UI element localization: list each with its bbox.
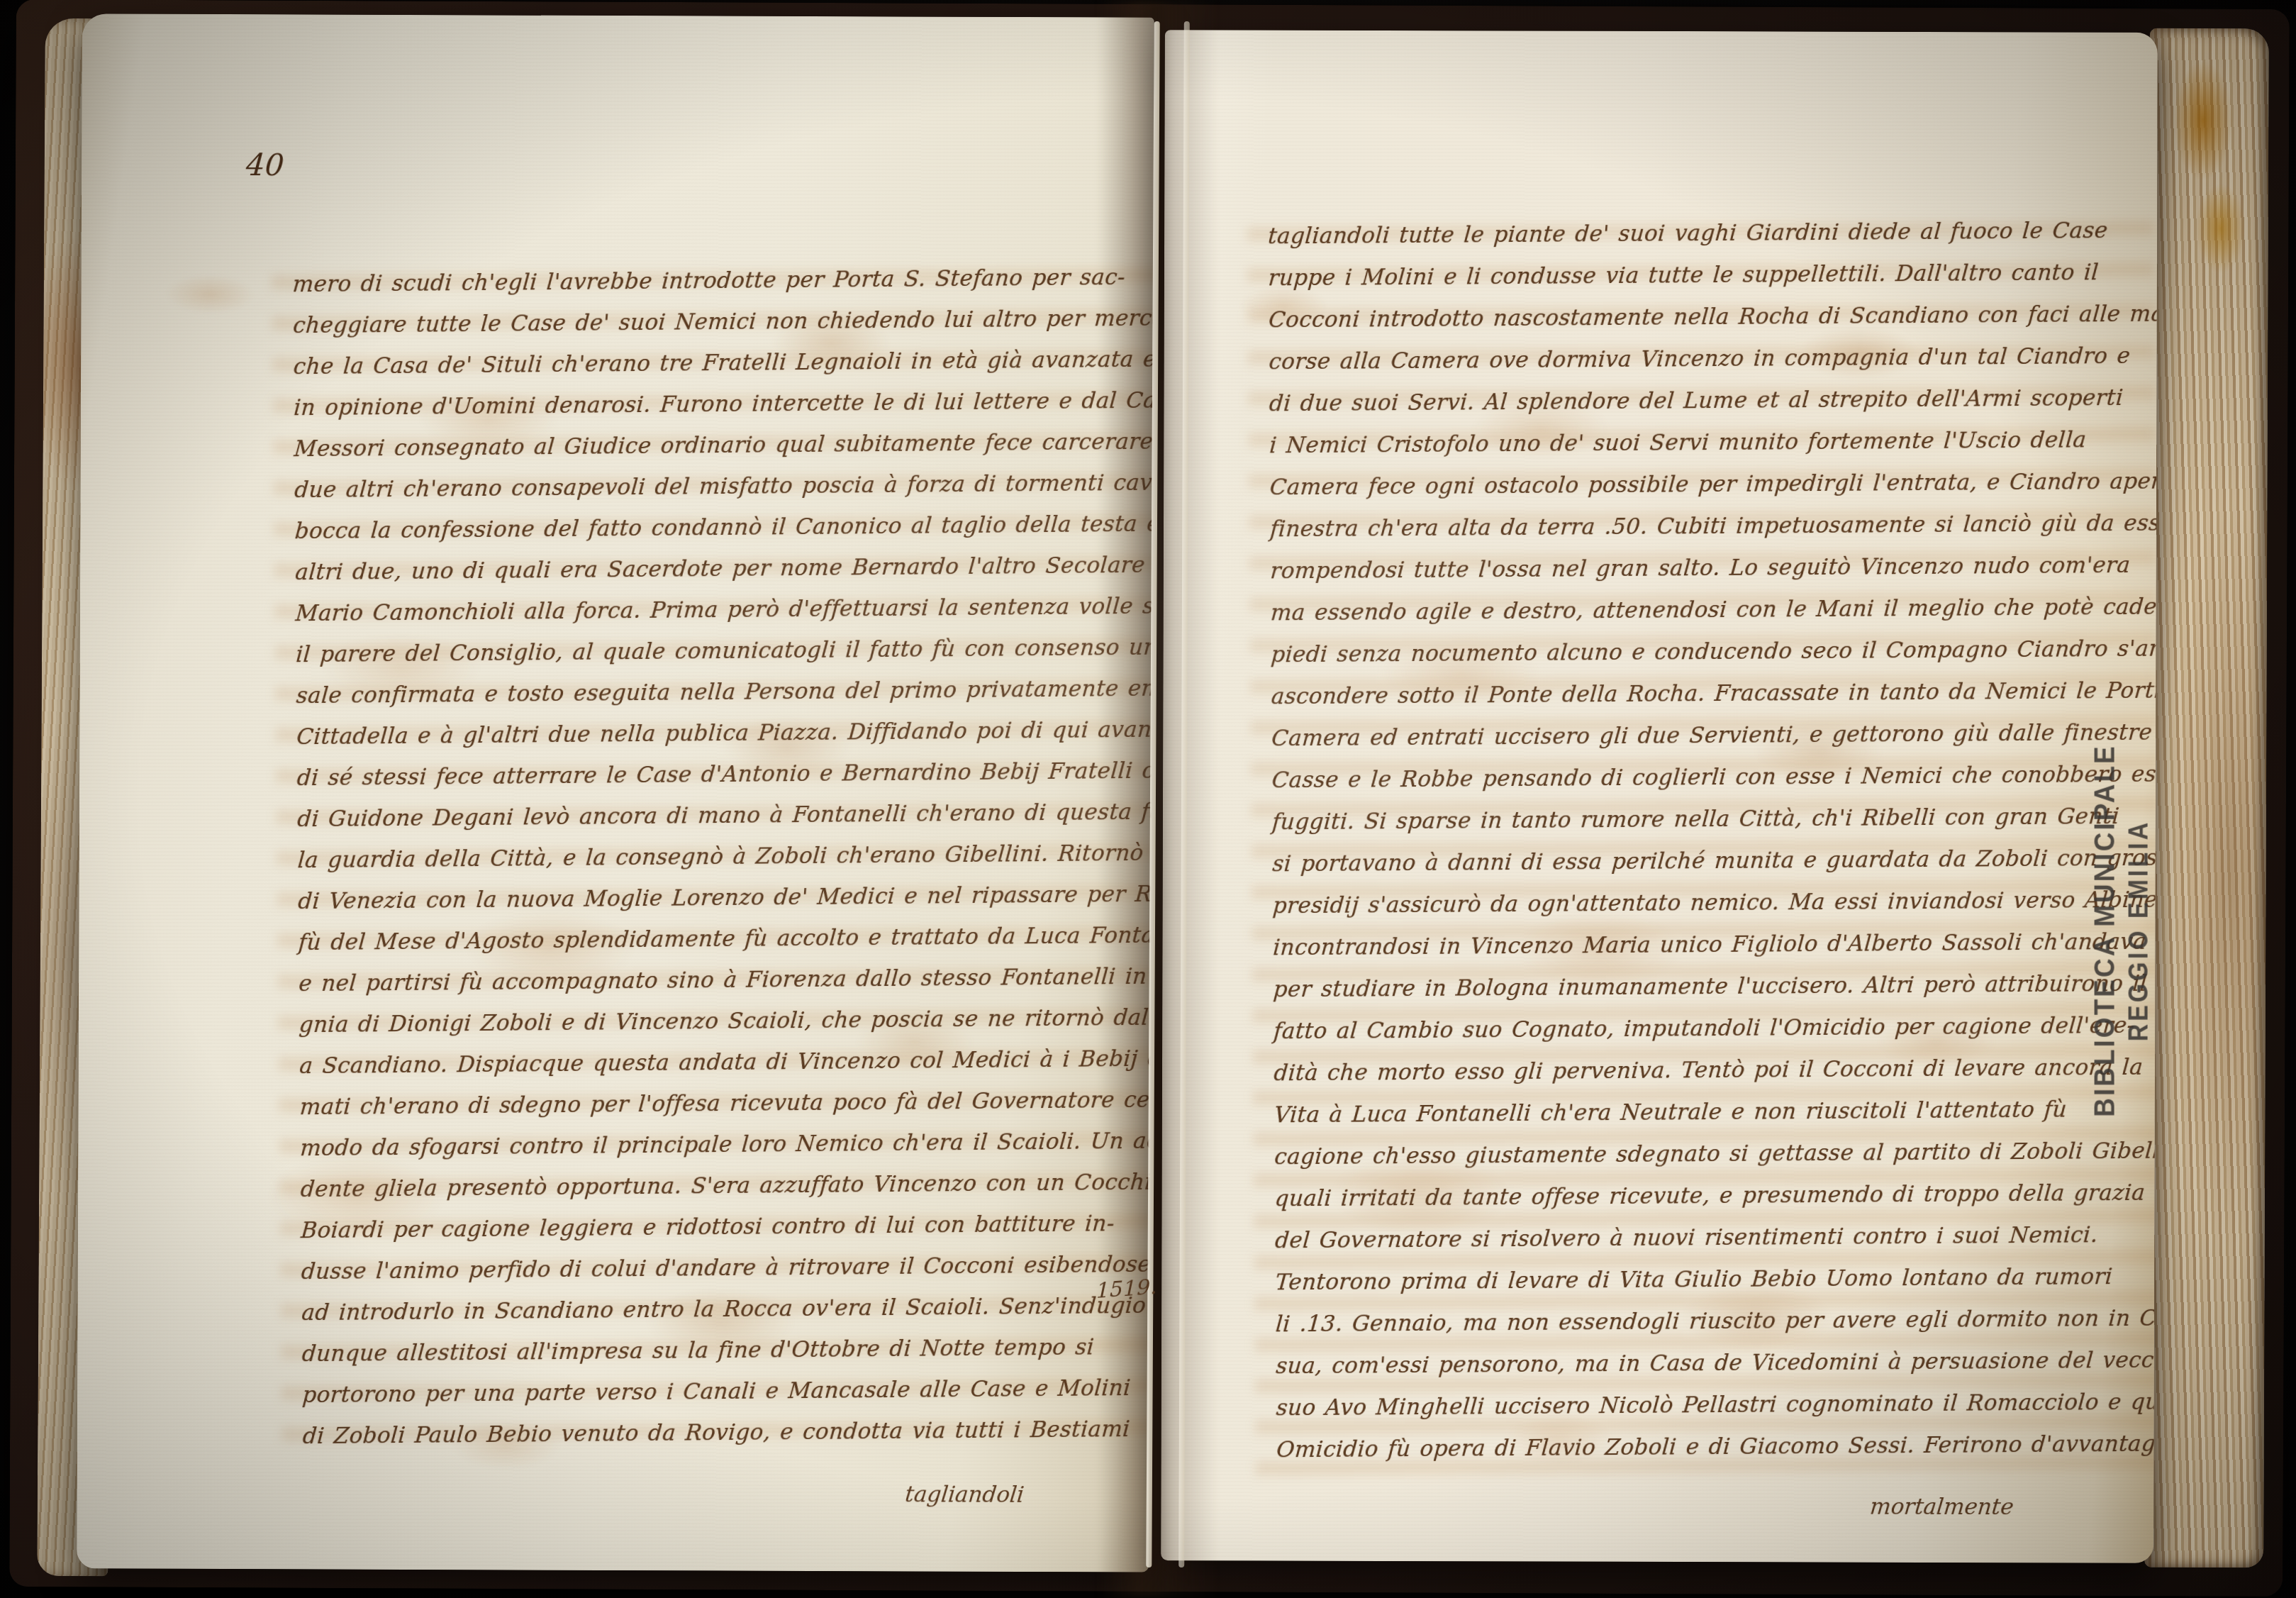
catchword-left: tagliandoli: [904, 1482, 1025, 1508]
manuscript-line: sale confirmata e tosto eseguita nella P…: [295, 668, 1154, 717]
manuscript-line: incontrandosi in Vincenzo Maria unico Fi…: [1271, 921, 2147, 970]
manuscript-line: corse alla Camera ove dormiva Vincenzo i…: [1267, 335, 2143, 384]
manuscript-line: si portavano à danni di essa perilché mu…: [1271, 838, 2146, 886]
manuscript-line: dità che morto esso gli perveniva. Tentò…: [1272, 1047, 2148, 1095]
manuscript-line: del Governatore si risolvero à nuovi ris…: [1274, 1214, 2149, 1263]
manuscript-line: a Scandiano. Dispiacque questa andata di…: [298, 1038, 1154, 1087]
catchword-right: mortalmente: [1868, 1494, 2014, 1521]
manuscript-line: i Nemici Cristofolo uno de' suoi Servi m…: [1268, 419, 2144, 467]
manuscript-line: li .13. Gennaio, ma non essendogli riusc…: [1274, 1298, 2150, 1346]
manuscript-line: Camera fece ogni ostacolo possibile per …: [1268, 461, 2144, 509]
manuscript-line: ad introdurlo in Scandiano entro la Rocc…: [300, 1285, 1154, 1334]
manuscript-line: Camera ed entrati uccisero gli due Servi…: [1270, 712, 2146, 760]
manuscript-line: di Venezia con la nuova Moglie Lorenzo d…: [296, 874, 1154, 923]
manuscript-line: fù del Mese d'Agosto splendidamente fù a…: [297, 915, 1154, 964]
manuscript-line: cheggiare tutte le Case de' suoi Nemici …: [291, 298, 1154, 347]
manuscript-line: mati ch'erano di sdegno per l'offesa ric…: [299, 1080, 1154, 1128]
manuscript-line: che la Casa de' Situli ch'erano tre Frat…: [292, 339, 1154, 388]
manuscript-line: rompendosi tutte l'ossa nel gran salto. …: [1269, 545, 2144, 593]
manuscript-line: altri due, uno di quali era Sacerdote pe…: [294, 545, 1154, 594]
manuscript-line: mero di scudi ch'egli l'avrebbe introdot…: [291, 257, 1154, 306]
manuscript-line: per studiare in Bologna inumanamente l'u…: [1271, 963, 2147, 1011]
manuscript-line: modo da sfogarsi contro il principale lo…: [299, 1121, 1154, 1170]
manuscript-line: presidij s'assicurò da ogn'attentato nem…: [1271, 880, 2147, 928]
manuscript-line: dente gliela presentò opportuna. S'era a…: [299, 1162, 1154, 1211]
manuscript-line: di Guidone Degani levò ancora di mano à …: [296, 792, 1154, 840]
manuscript-line: Cittadella e à gl'altri due nella public…: [295, 709, 1154, 758]
manuscript-line: tagliandoli tutte le piante de' suoi vag…: [1266, 210, 2142, 258]
manuscript-text-left: mero di scudi ch'egli l'avrebbe introdot…: [293, 257, 1154, 1458]
manuscript-line: il parere del Consiglio, al quale comuni…: [294, 627, 1154, 676]
right-fore-edge: [2144, 28, 2269, 1568]
manuscript-line: dunque allestitosi all'impresa su la fin…: [301, 1326, 1154, 1375]
manuscript-line: fatto al Cambio suo Cognato, imputandoli…: [1272, 1005, 2148, 1053]
manuscript-line: Casse e le Robbe pensando di coglierli c…: [1270, 754, 2146, 802]
manuscript-line: sua, com'essi pensorono, ma in Casa de V…: [1274, 1340, 2150, 1388]
manuscript-line: fuggiti. Si sparse in tanto rumore nella…: [1271, 796, 2146, 844]
manuscript-line: in opinione d'Uomini denarosi. Furono in…: [292, 380, 1154, 429]
manuscript-line: dusse l'animo perfido di colui d'andare …: [300, 1244, 1154, 1293]
photo-background: 40 mero di scudi ch'egli l'avrebbe intro…: [0, 0, 2296, 1598]
manuscript-line: di due suoi Servi. Al splendore del Lume…: [1268, 377, 2144, 426]
manuscript-line: Vita à Luca Fontanelli ch'era Neutrale e…: [1273, 1089, 2149, 1137]
manuscript-line: piedi senza nocumento alcuno e conducend…: [1269, 628, 2145, 677]
manuscript-line: Messori consegnato al Giudice ordinario …: [293, 421, 1154, 470]
manuscript-line: Omicidio fù opera di Flavio Zoboli e di …: [1275, 1424, 2151, 1472]
manuscript-line: Tentorono prima di levare di Vita Giulio…: [1274, 1256, 2149, 1304]
marginal-year-note: 1519.: [1096, 1275, 1157, 1304]
manuscript-line: Boiardi per cagione leggiera e ridottosi…: [299, 1203, 1154, 1252]
manuscript-line: ascondere sotto il Ponte della Rocha. Fr…: [1270, 670, 2146, 718]
manuscript-page-left: 40 mero di scudi ch'egli l'avrebbe intro…: [77, 13, 1154, 1572]
manuscript-line: di Zoboli Paulo Bebio venuto da Rovigo, …: [301, 1409, 1154, 1458]
manuscript-line: suo Avo Minghelli uccisero Nicolò Pellas…: [1275, 1382, 2151, 1430]
manuscript-line: Cocconi introdotto nascostamente nella R…: [1267, 294, 2143, 342]
manuscript-line: e nel partirsi fù accompagnato sino à Fi…: [297, 956, 1154, 1005]
manuscript-line: cagione ch'esso giustamente sdegnato si …: [1273, 1131, 2149, 1179]
manuscript-line: gnia di Dionigi Zoboli e di Vincenzo Sca…: [298, 997, 1154, 1046]
manuscript-line: ruppe i Molini e li condusse via tutte l…: [1266, 252, 2142, 300]
manuscript-line: portorono per una parte verso i Canali e…: [301, 1367, 1154, 1416]
manuscript-line: quali irritati da tante offese ricevute,…: [1273, 1172, 2149, 1221]
manuscript-line: finestra ch'era alta da terra .50. Cubit…: [1269, 503, 2144, 551]
page-number-40: 40: [245, 148, 285, 182]
manuscript-page-right: 41 tagliandoli tutte le piante de' suoi …: [1161, 30, 2158, 1563]
manuscript-line: di sé stessi fece atterrare le Case d'An…: [296, 750, 1154, 799]
manuscript-line: ma essendo agile e destro, attenendosi c…: [1269, 587, 2145, 635]
manuscript-line: due altri ch'erano consapevoli del misfa…: [293, 462, 1154, 511]
manuscript-text-right: tagliandoli tutte le piante de' suoi vag…: [1268, 210, 2149, 1472]
manuscript-line: la guardia della Città, e la consegnò à …: [296, 833, 1154, 882]
manuscript-line: Mario Camonchioli alla forca. Prima però…: [294, 586, 1154, 635]
manuscript-line: bocca la confessione del fatto condannò …: [294, 504, 1154, 553]
